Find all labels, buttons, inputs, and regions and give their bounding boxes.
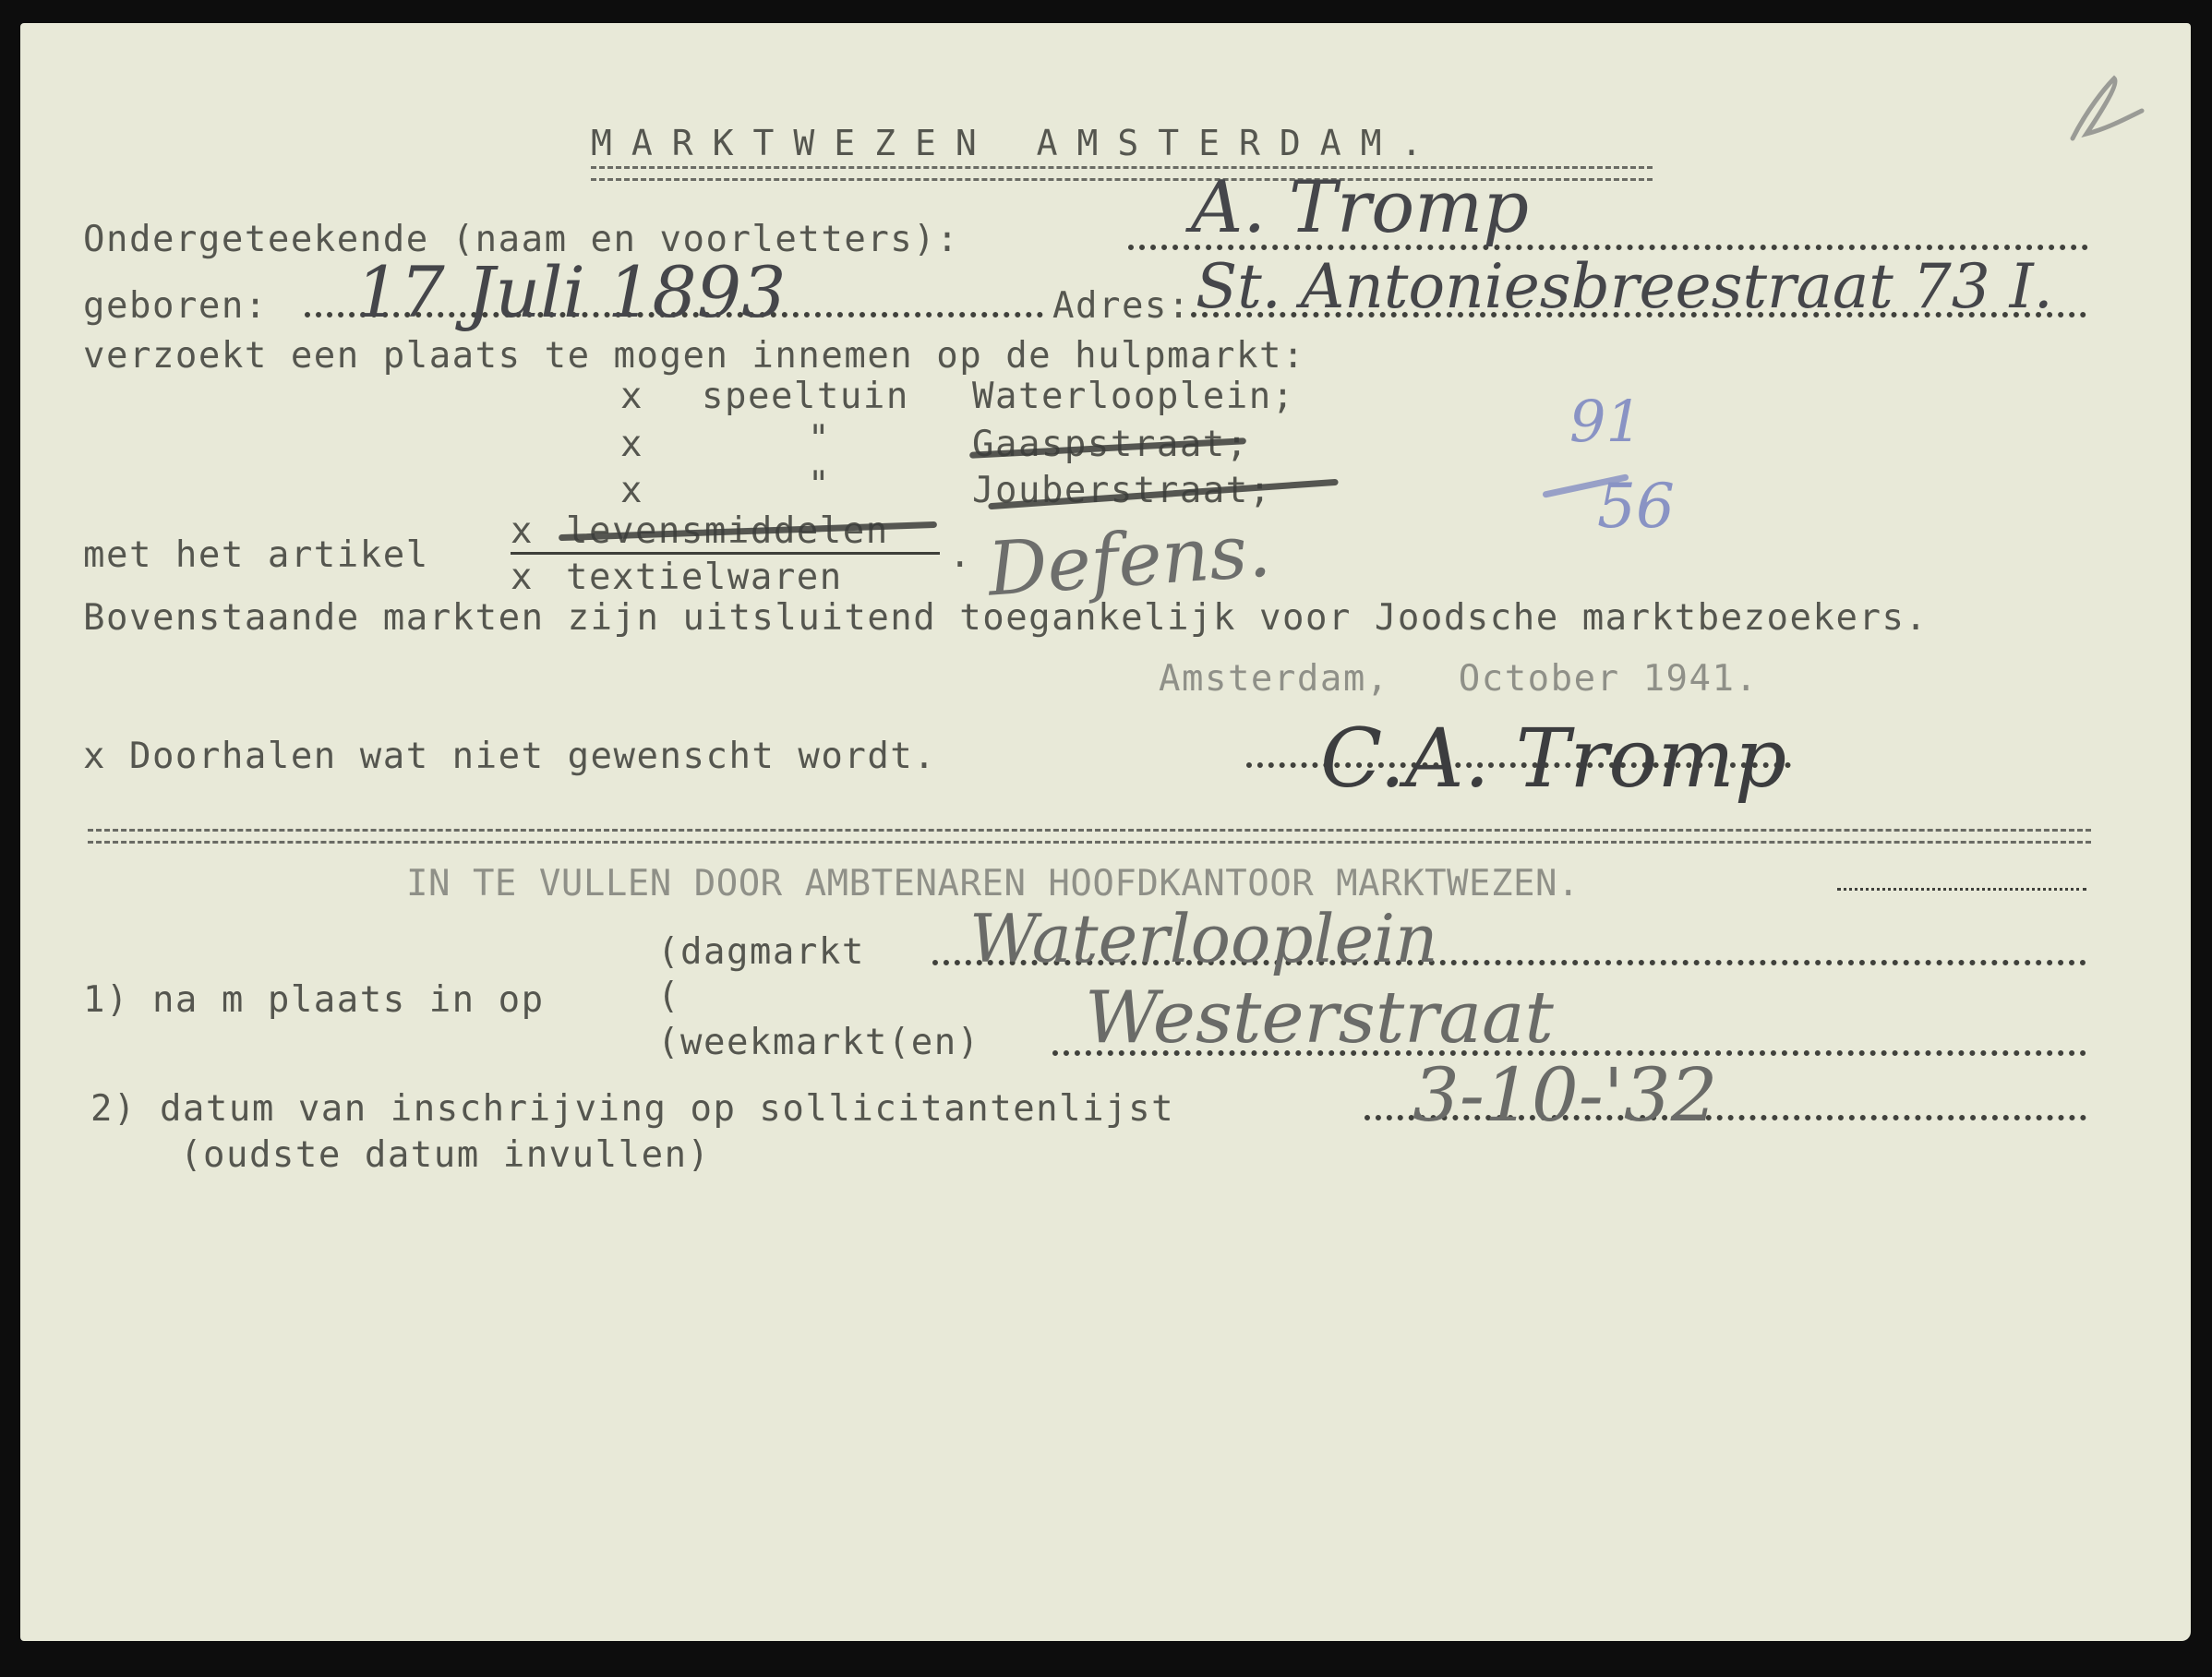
name-handwritten: A. Tromp (1191, 166, 1529, 249)
place-date: Amsterdam, October 1941. (1159, 661, 1758, 697)
item-2-note: (oudste datum invullen) (180, 1137, 711, 1173)
notice-text: Bovenstaande markten zijn uitsluitend to… (83, 600, 1928, 636)
weekmarkt-label: (weekmarkt(en) (657, 1024, 980, 1060)
request-line: verzoekt een plaats te mogen innemen op … (83, 338, 1305, 374)
signature: C.A. Tromp (1320, 711, 1786, 806)
dagmarkt-label: (dagmarkt (657, 934, 865, 970)
market-3-ditto: " (808, 467, 831, 503)
strike-instruction: x Doorhalen wat niet gewenscht wordt. (83, 738, 936, 774)
market-2-ditto: " (808, 421, 831, 457)
article-option-2-name: textielwaren (566, 559, 843, 595)
pencil-note-top: 91 (1569, 388, 1642, 455)
market-1-mark: x (620, 378, 643, 414)
item-1-label: 1) na m plaats in op (83, 982, 545, 1018)
address-handwritten: St. Antoniesbreestraat 73 I. (1196, 251, 2053, 322)
market-1-name: Waterlooplein; (972, 378, 1295, 414)
document-title: MARKTWEZEN AMSTERDAM. (591, 126, 1441, 161)
market-1-prefix: speeltuin (702, 378, 909, 414)
article-label: met het artikel (83, 537, 429, 573)
article-fraction-line (511, 552, 940, 555)
market-2-mark: x (620, 426, 643, 462)
article-option-1-mark: x (511, 513, 534, 549)
address-label: Adres: (1052, 288, 1191, 324)
dagmarkt-handwritten: Waterlooplein (969, 900, 1437, 977)
corner-check-mark (2050, 74, 2151, 148)
article-option-2-mark: x (511, 559, 534, 595)
section-separator (88, 829, 2091, 844)
article-period: . (949, 537, 972, 573)
weekmarkt-handwritten: Westerstraat (1085, 976, 1554, 1060)
born-handwritten: 17 Juli 1893 (355, 251, 786, 333)
office-heading-dotted-line (1837, 888, 2086, 891)
item-2-handwritten: 3-10-'32 (1413, 1052, 1718, 1138)
item-2-label: 2) datum van inschrijving op sollicitant… (90, 1091, 1174, 1127)
item-1-paren: ( (657, 978, 680, 1014)
born-label: geboren: (83, 288, 268, 324)
market-3-mark: x (620, 473, 643, 509)
office-heading: IN TE VULLEN DOOR AMBTENAREN HOOFDKANTOO… (406, 866, 1580, 902)
pencil-note-bottom: 56 (1597, 471, 1675, 542)
